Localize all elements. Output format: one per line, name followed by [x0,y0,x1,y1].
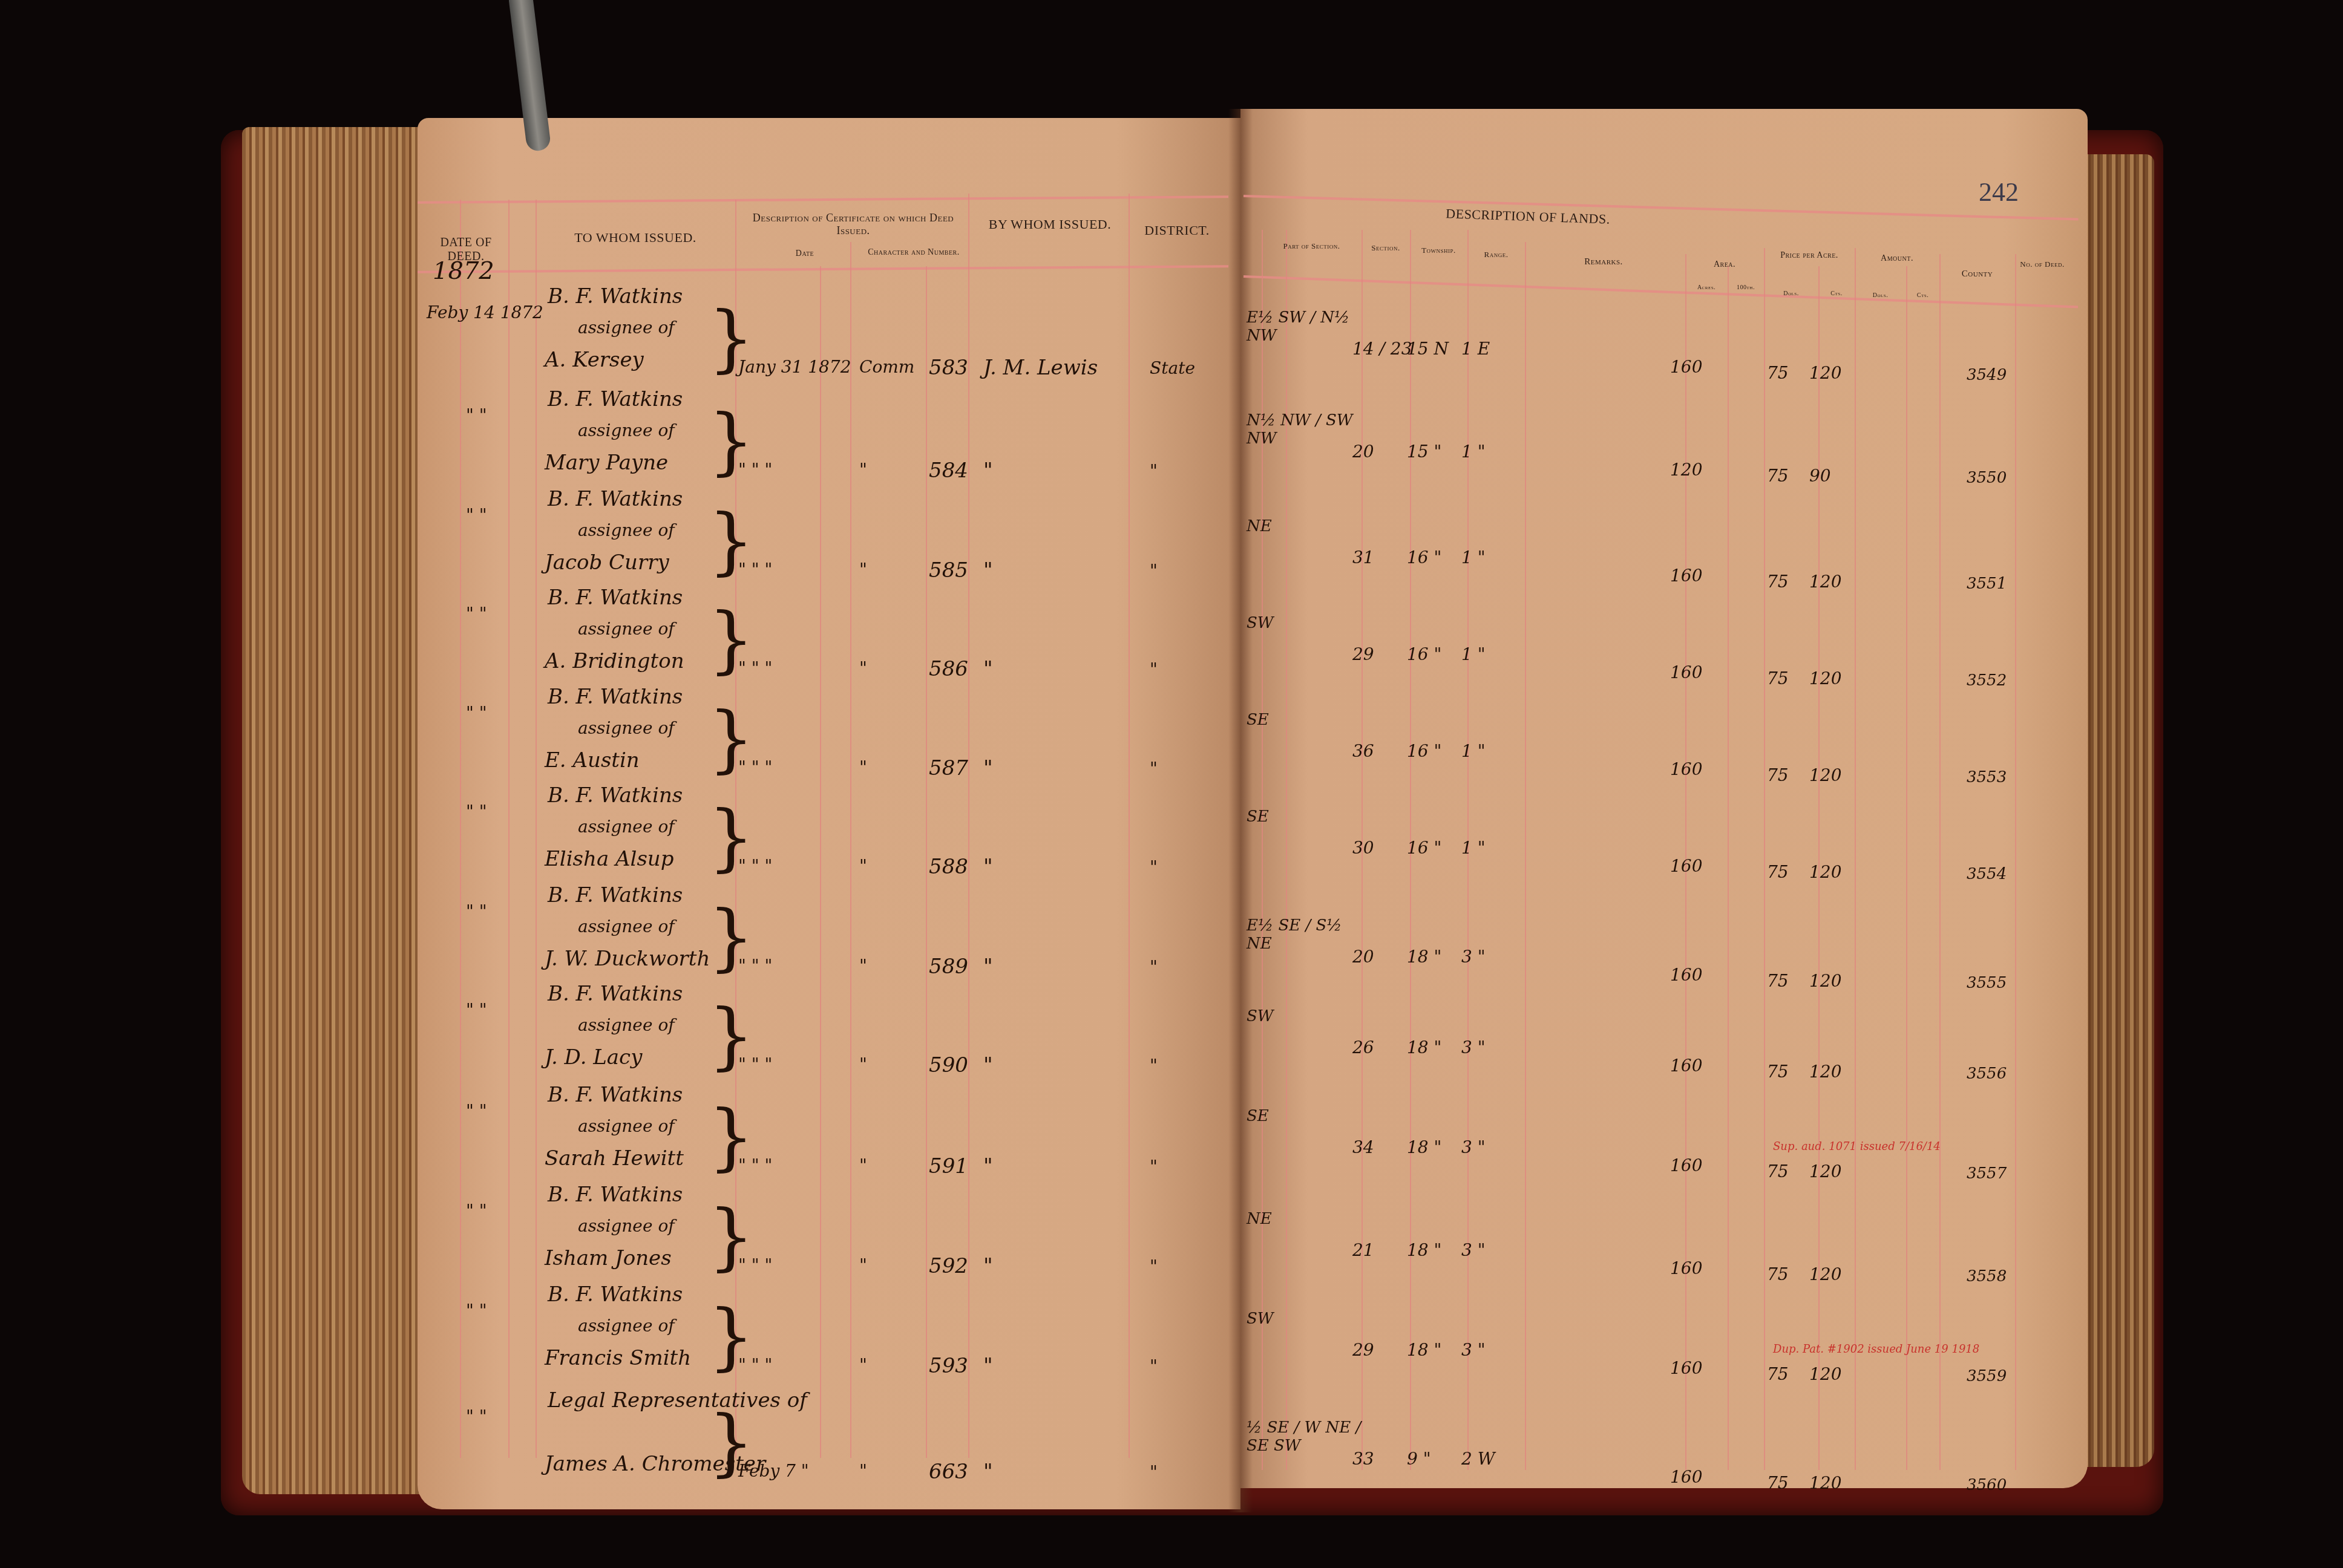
deed-date: " " [466,1201,487,1221]
section-number: 14 / 23 [1352,339,1412,359]
grantee-name: Legal Representatives of [548,1388,807,1413]
grantee-relation: assignee of [578,817,675,837]
amount: 120 [1809,765,1841,785]
header-range: Range. [1467,250,1525,260]
header-amount-dols: Dols. [1855,292,1906,299]
area-acres: 160 [1670,566,1702,586]
range: 3 " [1461,1137,1486,1157]
amount: 120 [1809,1161,1841,1181]
section-number: 26 [1352,1037,1374,1057]
part-of-section: SW [1247,614,1362,632]
original-holder-name: Francis Smith [545,1346,691,1370]
township: 18 " [1407,1240,1441,1260]
column-rule [460,200,461,1458]
header-cert-character-number: Character and Number. [859,248,968,258]
column-rule [820,266,821,1458]
issued-by: " [983,1053,993,1077]
grantee-relation: assignee of [578,318,675,338]
area-acres: 160 [1670,1467,1702,1487]
part-of-section: SE [1247,711,1362,729]
area-acres: 160 [1670,357,1702,377]
issued-by: " [983,1460,993,1484]
header-by-whom-issued: BY WHOM ISSUED. [971,217,1129,232]
part-of-section: NE [1247,1210,1362,1228]
certificate-date: " " " [738,658,772,678]
township: 18 " [1407,1037,1441,1057]
column-rule [1525,242,1526,1470]
deed-number: 3550 [1967,469,2007,487]
amount: 120 [1809,1264,1841,1284]
certificate-character: " [859,956,867,976]
part-of-section: SE [1247,1107,1362,1125]
district: " [1150,857,1158,877]
certificate-character: " [859,1355,867,1375]
range: 3 " [1461,947,1486,967]
original-holder-name: Mary Payne [545,451,668,475]
deed-date: " " [466,703,487,723]
grantee-relation: assignee of [578,718,675,738]
township: 16 " [1407,644,1441,664]
part-of-section: E½ SE / S½ NE [1247,916,1362,953]
part-of-section: SW [1247,1310,1362,1328]
range: 2 W [1461,1449,1495,1469]
certificate-number: 586 [929,657,968,681]
district: " [1150,659,1158,679]
certificate-number: 663 [929,1460,968,1484]
header-to-whom-issued: TO WHOM ISSUED. [545,230,726,245]
column-rule [508,200,510,1458]
deed-number: 3554 [1967,865,2007,883]
certificate-number: 588 [929,855,968,879]
section-number: 20 [1352,442,1374,462]
certificate-date: Jany 31 1872 [738,357,851,377]
certificate-date: " " " [738,1054,772,1074]
township: 15 " [1407,442,1441,462]
header-acres: Acres. [1685,284,1728,292]
amount: 120 [1809,363,1841,383]
original-holder-name: A. Bridington [545,649,684,673]
price-per-acre: 75 [1767,971,1789,991]
deed-number: 3558 [1967,1267,2007,1285]
range: 1 " [1461,644,1486,664]
column-rule [850,242,851,1458]
certificate-date: " " " [738,460,772,480]
price-per-acre: 75 [1767,1161,1789,1181]
header-price-per-acre: Price per Acre. [1764,251,1855,261]
header-amount: Amount. [1855,254,1939,264]
header-amount-cts: Cts. [1906,292,1939,299]
grantee-name: B. F. Watkins [548,586,683,610]
original-holder-name: E. Austin [545,748,640,773]
certificate-number: 587 [929,756,968,780]
grantee-relation: assignee of [578,420,675,440]
district: " [1150,1462,1158,1482]
price-per-acre: 75 [1767,1364,1789,1384]
township: 18 " [1407,947,1441,967]
part-of-section: N½ NW / SW NW [1247,411,1362,448]
certificate-character: " [859,460,867,480]
issued-by: " [983,955,993,979]
column-rule [968,194,969,1458]
section-number: 21 [1352,1240,1374,1260]
price-per-acre: 75 [1767,1264,1789,1284]
range: 3 " [1461,1240,1486,1260]
column-rule [536,200,537,1458]
original-holder-name: Isham Jones [545,1246,672,1270]
deed-date: " " [466,1406,487,1426]
area-acres: 120 [1670,460,1702,480]
header-township: Township. [1410,246,1467,255]
township: 9 " [1407,1449,1431,1469]
column-rule [926,266,927,1458]
header-section: Section. [1362,244,1410,253]
certificate-number: 591 [929,1154,968,1178]
section-number: 20 [1352,947,1374,967]
part-of-section: NE [1247,517,1362,535]
range: 1 " [1461,838,1486,858]
deed-number: 3551 [1967,575,2007,593]
part-of-section: SE [1247,808,1362,826]
grantee-relation: assignee of [578,520,675,540]
price-per-acre: 75 [1767,862,1789,882]
grantee-name: B. F. Watkins [548,883,683,907]
price-per-acre: 75 [1767,1062,1789,1082]
township: 16 " [1407,838,1441,858]
issued-by: J. M. Lewis [983,356,1098,380]
left-page-stack [242,127,424,1494]
column-rule [1939,254,1941,1470]
area-acres: 160 [1670,1155,1702,1175]
township: 18 " [1407,1340,1441,1360]
column-rule [2015,254,2016,1470]
header-cert-date: Date [787,249,823,259]
issued-by: " [983,756,993,780]
deed-number: 3560 [1967,1476,2007,1494]
left-ledger-page [418,118,1240,1509]
right-page-stack [2082,154,2154,1467]
section-number: 36 [1352,741,1374,761]
original-holder-name: A. Kersey [545,348,644,372]
header-area: Area. [1685,260,1764,270]
deed-date: " " [466,1301,487,1321]
township: 16 " [1407,741,1441,761]
column-rule [1728,266,1729,1470]
district: " [1150,1157,1158,1177]
price-per-acre: 75 [1767,363,1789,383]
certificate-character: Comm [859,357,914,377]
header-certificate-description: Description of Certificate on which Deed… [741,212,965,237]
amount: 120 [1809,1364,1841,1384]
grantee-relation: assignee of [578,1316,675,1336]
township: 15 N [1407,339,1449,359]
amount: 120 [1809,1062,1841,1082]
certificate-character: " [859,856,867,876]
district: " [1150,957,1158,977]
area-acres: 160 [1670,1056,1702,1076]
certificate-number: 585 [929,558,968,583]
deed-date: Feby 14 1872 [427,302,543,322]
column-rule [1855,248,1856,1470]
amount: 90 [1809,466,1831,486]
grantee-name: B. F. Watkins [548,487,683,511]
deed-number: 3553 [1967,768,2007,786]
township: 16 " [1407,547,1441,567]
grantee-name: B. F. Watkins [548,783,683,808]
range: 1 " [1461,741,1486,761]
deed-date: " " [466,901,487,921]
grantee-relation: assignee of [578,619,675,639]
issued-by: " [983,459,993,483]
section-number: 33 [1352,1449,1374,1469]
deed-number: 3556 [1967,1065,2007,1083]
price-per-acre: 75 [1767,668,1789,688]
certificate-date: " " " [738,757,772,777]
certificate-character: " [859,757,867,777]
district: " [1150,1056,1158,1076]
header-hundredths: 100th. [1728,284,1764,292]
certificate-number: 584 [929,459,968,483]
issued-by: " [983,558,993,583]
area-acres: 160 [1670,1358,1702,1378]
column-rule [1129,194,1130,1458]
right-ledger-page [1240,109,2088,1488]
header-price-dols: Dols. [1764,290,1818,298]
grantee-name: B. F. Watkins [548,1183,683,1207]
amount: 120 [1809,668,1841,688]
deed-number: 3557 [1967,1165,2007,1183]
part-of-section: E½ SW / N½ NW [1247,309,1362,345]
grantee-relation: assignee of [578,916,675,936]
area-acres: 160 [1670,759,1702,779]
section-number: 34 [1352,1137,1374,1157]
certificate-number: 583 [929,356,968,380]
range: 3 " [1461,1037,1486,1057]
part-of-section: ½ SE / W NE / SE SW [1247,1419,1362,1455]
deed-date: " " [466,405,487,425]
certificate-date: Feby 7 " [738,1461,809,1481]
original-holder-name: Elisha Alsup [545,847,674,871]
issued-by: " [983,855,993,879]
issued-by: " [983,1254,993,1278]
district: " [1150,1356,1158,1376]
grantee-relation: assignee of [578,1116,675,1136]
section-number: 29 [1352,644,1374,664]
original-holder-name: J. W. Duckworth [545,947,710,971]
header-part-of-section: Part of Section. [1262,242,1362,251]
district: " [1150,461,1158,481]
remark-red-ink: Sup. aud. 1071 issued 7/16/14 [1773,1140,1941,1153]
certificate-number: 590 [929,1053,968,1077]
deed-date: " " [466,802,487,822]
price-per-acre: 75 [1767,572,1789,592]
price-per-acre: 75 [1767,1473,1789,1493]
district: " [1150,1256,1158,1276]
area-acres: 160 [1670,856,1702,876]
page-number: 242 [1979,177,2019,207]
original-holder-name: Sarah Hewitt [545,1146,684,1171]
range: 1 " [1461,547,1486,567]
column-rule [1764,248,1765,1470]
grantee-name: B. F. Watkins [548,1083,683,1107]
header-county: County [1939,269,2015,279]
price-per-acre: 75 [1767,466,1789,486]
grantee-name: B. F. Watkins [548,387,683,411]
district: " [1150,759,1158,779]
deed-date: " " [466,1000,487,1020]
issued-by: " [983,1154,993,1178]
certificate-date: " " " [738,1255,772,1275]
deed-date: " " [466,604,487,624]
certificate-character: " [859,1461,867,1481]
area-acres: 160 [1670,662,1702,682]
range: 3 " [1461,1340,1486,1360]
range: 1 " [1461,442,1486,462]
area-acres: 160 [1670,965,1702,985]
header-remarks: Remarks. [1543,257,1664,267]
certificate-date: " " " [738,856,772,876]
area-acres: 160 [1670,1258,1702,1278]
section-number: 31 [1352,547,1374,567]
grantee-relation: assignee of [578,1015,675,1035]
grantee-name: B. F. Watkins [548,685,683,709]
deed-date: " " [466,505,487,525]
certificate-date: " " " [738,560,772,580]
original-holder-name: J. D. Lacy [545,1045,642,1070]
price-per-acre: 75 [1767,765,1789,785]
grantee-relation: assignee of [578,1216,675,1236]
year-heading: 1872 [433,257,494,285]
amount: 120 [1809,572,1841,592]
certificate-date: " " " [738,1355,772,1375]
amount: 120 [1809,971,1841,991]
certificate-number: 592 [929,1254,968,1278]
range: 1 E [1461,339,1490,359]
district: State [1150,358,1195,378]
district: " [1150,561,1158,581]
grantee-name: B. F. Watkins [548,1282,683,1307]
header-district: DISTRICT. [1135,223,1219,238]
grantee-name: B. F. Watkins [548,284,683,309]
deed-number: 3559 [1967,1367,2007,1385]
section-number: 29 [1352,1340,1374,1360]
issued-by: " [983,1354,993,1378]
certificate-character: " [859,658,867,678]
certificate-number: 593 [929,1354,968,1378]
header-no-of-deed: No. of Deed. [2015,260,2069,269]
certificate-number: 589 [929,955,968,979]
header-price-cts: Cts. [1818,290,1855,298]
grantee-name: B. F. Watkins [548,982,683,1006]
amount: 120 [1809,862,1841,882]
deed-number: 3555 [1967,974,2007,992]
column-rule [1906,266,1907,1470]
certificate-character: " [859,1155,867,1175]
remark-red-ink: Dup. Pat. #1902 issued June 19 1918 [1773,1343,1979,1356]
deed-number: 3549 [1967,366,2007,384]
certificate-character: " [859,1054,867,1074]
deed-date: " " [466,1101,487,1121]
issued-by: " [983,657,993,681]
certificate-character: " [859,560,867,580]
certificate-date: " " " [738,1155,772,1175]
section-number: 30 [1352,838,1374,858]
certificate-date: " " " [738,956,772,976]
original-holder-name: Jacob Curry [545,550,669,575]
deed-number: 3552 [1967,671,2007,690]
township: 18 " [1407,1137,1441,1157]
part-of-section: SW [1247,1007,1362,1025]
certificate-character: " [859,1255,867,1275]
amount: 120 [1809,1473,1841,1493]
